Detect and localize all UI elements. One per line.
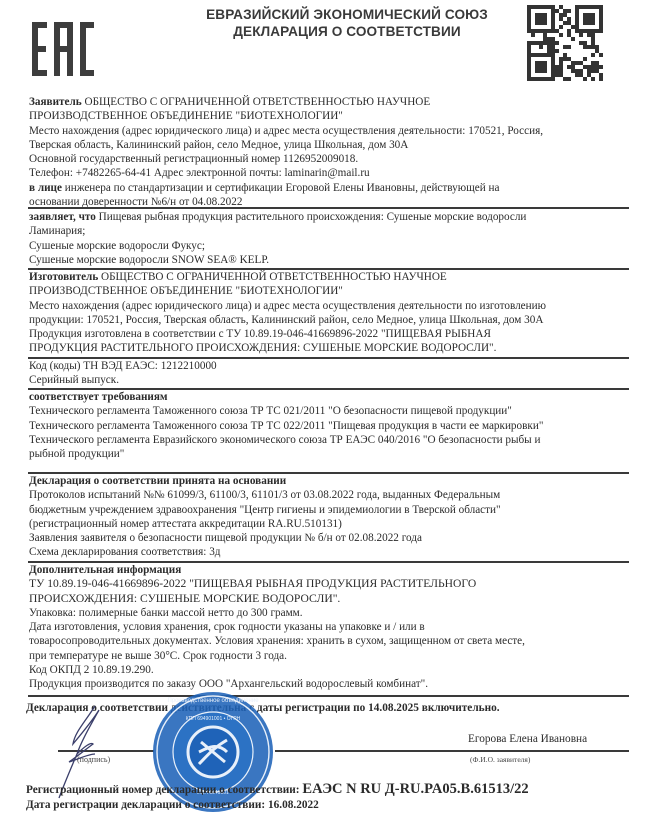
- manufacturer-section: Изготовитель ОБЩЕСТВО С ОГРАНИЧЕННОЙ ОТВ…: [29, 270, 629, 356]
- registration-number-line: Регистрационный номер декларации о соотв…: [26, 781, 529, 798]
- storage-conditions: товаросопроводительных документах. Услов…: [29, 634, 629, 648]
- signer-caption: (Ф.И.О. заявителя): [470, 755, 530, 764]
- declares-label: заявляет, что: [29, 211, 96, 223]
- regulation-item: Технического регламента Таможенного союз…: [29, 404, 629, 418]
- spec-reference: Продукция изготовлена в соответствии с Т…: [29, 327, 629, 341]
- product-line: Ламинария;: [29, 224, 629, 238]
- applicant-section: Заявитель ОБЩЕСТВО С ОГРАНИЧЕННОЙ ОТВЕТС…: [29, 95, 629, 209]
- person-label: в лице: [29, 182, 62, 194]
- additional-section: Дополнительная информация ТУ 10.89.19-04…: [29, 563, 629, 692]
- applicant-contacts: Телефон: +7482265-64-41 Адрес электронно…: [29, 166, 629, 180]
- applicant-label: Заявитель: [29, 96, 82, 108]
- svg-text:КПП 694901001 • ОГРН: КПП 694901001 • ОГРН: [186, 716, 241, 722]
- svg-text:Производственное объединение: Производственное объединение: [167, 698, 259, 704]
- regulation-item: Технического регламента Таможенного союз…: [29, 419, 629, 433]
- divider: [28, 695, 629, 697]
- shelf-life: при температуре не выше 30°С. Срок годно…: [29, 649, 629, 663]
- manufacturer-name-cont: ПРОИЗВОДСТВЕННОЕ ОБЪЕДИНЕНИЕ "БИОТЕХНОЛО…: [29, 284, 629, 298]
- registration-number-label: Регистрационный номер декларации о соотв…: [26, 784, 302, 796]
- product-line: Сушеные морские водоросли SNOW SEA® KELP…: [29, 253, 629, 267]
- packaging: Упаковка: полимерные банки массой нетто …: [29, 606, 629, 620]
- applicant-name: ОБЩЕСТВО С ОГРАНИЧЕННОЙ ОТВЕТСТВЕННОСТЬЮ…: [82, 96, 431, 108]
- manufacturer-address: Место нахождения (адрес юридического лиц…: [29, 299, 629, 313]
- qr-code-icon: [527, 5, 603, 81]
- additional-line: ТУ 10.89.19-046-41669896-2022 "ПИЩЕВАЯ Р…: [29, 577, 629, 591]
- applicant-ogrn: Основной государственный регистрационный…: [29, 152, 629, 166]
- applicant-name-cont: ПРОИЗВОДСТВЕННОЕ ОБЪЕДИНЕНИЕ "БИОТЕХНОЛО…: [29, 109, 629, 123]
- regulation-item-cont: рыбной продукции": [29, 447, 629, 461]
- product-line: Сушеные морские водоросли Фукус;: [29, 239, 629, 253]
- okpd-code: Код ОКПД 2 10.89.19.290.: [29, 663, 629, 677]
- name-line: [275, 750, 629, 752]
- requirements-label: соответствует требованиям: [29, 391, 168, 403]
- registration-date: Дата регистрации декларации о соответств…: [26, 799, 319, 811]
- manufacturer-label: Изготовитель: [29, 271, 98, 283]
- applicant-address-cont: Тверская область, Калининский район, сел…: [29, 138, 629, 152]
- additional-label: Дополнительная информация: [29, 564, 181, 576]
- additional-line: ПРОИСХОЖДЕНИЯ: СУШЕНЫЕ МОРСКИЕ ВОДОРОСЛИ…: [29, 592, 629, 606]
- eac-logo: [32, 22, 94, 76]
- product-line: Пищевая рыбная продукция растительного п…: [96, 211, 527, 223]
- registration-number: ЕАЭС N RU Д-RU.PA05.B.61513/22: [302, 781, 528, 797]
- declaration-title: ДЕКЛАРАЦИЯ О СООТВЕТСТВИИ: [172, 23, 522, 40]
- manufacturer-name: ОБЩЕСТВО С ОГРАНИЧЕННОЙ ОТВЕТСТВЕННОСТЬЮ…: [98, 271, 447, 283]
- codes-section: Код (коды) ТН ВЭД ЕАЭС: 1212210000 Серий…: [29, 359, 629, 388]
- spec-reference-cont: ПРОДУКЦИЯ РАСТИТЕЛЬНОГО ПРОИСХОЖДЕНИЯ: С…: [29, 341, 629, 355]
- declaration-scheme: Схема декларирования соответствия: 3д: [29, 545, 629, 559]
- release-type: Серийный выпуск.: [29, 373, 629, 387]
- representative: инженера по стандартизации и сертификаци…: [62, 182, 499, 194]
- requirements-section: соответствует требованиям Технического р…: [29, 390, 629, 461]
- test-protocols: Протоколов испытаний №№ 61099/3, 61100/3…: [29, 488, 629, 502]
- manufacturer-address-cont: продукции: 170521, Россия, Тверская обла…: [29, 313, 629, 327]
- ordered-by: Продукция производится по заказу ООО "Ар…: [29, 677, 629, 691]
- additional-line: Дата изготовления, условия хранения, сро…: [29, 620, 629, 634]
- union-name: ЕВРАЗИЙСКИЙ ЭКОНОМИЧЕСКИЙ СОЮЗ: [172, 6, 522, 23]
- declares-section: заявляет, что Пищевая рыбная продукция р…: [29, 210, 629, 267]
- hs-code: Код (коды) ТН ВЭД ЕАЭС: 1212210000: [29, 359, 629, 373]
- basis-section: Декларация о соответствии принята на осн…: [29, 474, 629, 560]
- test-protocols-cont: бюджетным учреждением здравоохранения "Ц…: [29, 503, 629, 517]
- document-title: ЕВРАЗИЙСКИЙ ЭКОНОМИЧЕСКИЙ СОЮЗ ДЕКЛАРАЦИ…: [172, 6, 522, 40]
- basis-label: Декларация о соответствии принята на осн…: [29, 475, 286, 487]
- signer-name: Егорова Елена Ивановна: [468, 733, 587, 745]
- regulation-item: Технического регламента Евразийского эко…: [29, 433, 629, 447]
- applicant-statement: Заявления заявителя о безопасности пищев…: [29, 531, 629, 545]
- applicant-address: Место нахождения (адрес юридического лиц…: [29, 124, 629, 138]
- divider: [28, 207, 629, 209]
- accreditation: (регистрационный номер аттестата аккреди…: [29, 517, 629, 531]
